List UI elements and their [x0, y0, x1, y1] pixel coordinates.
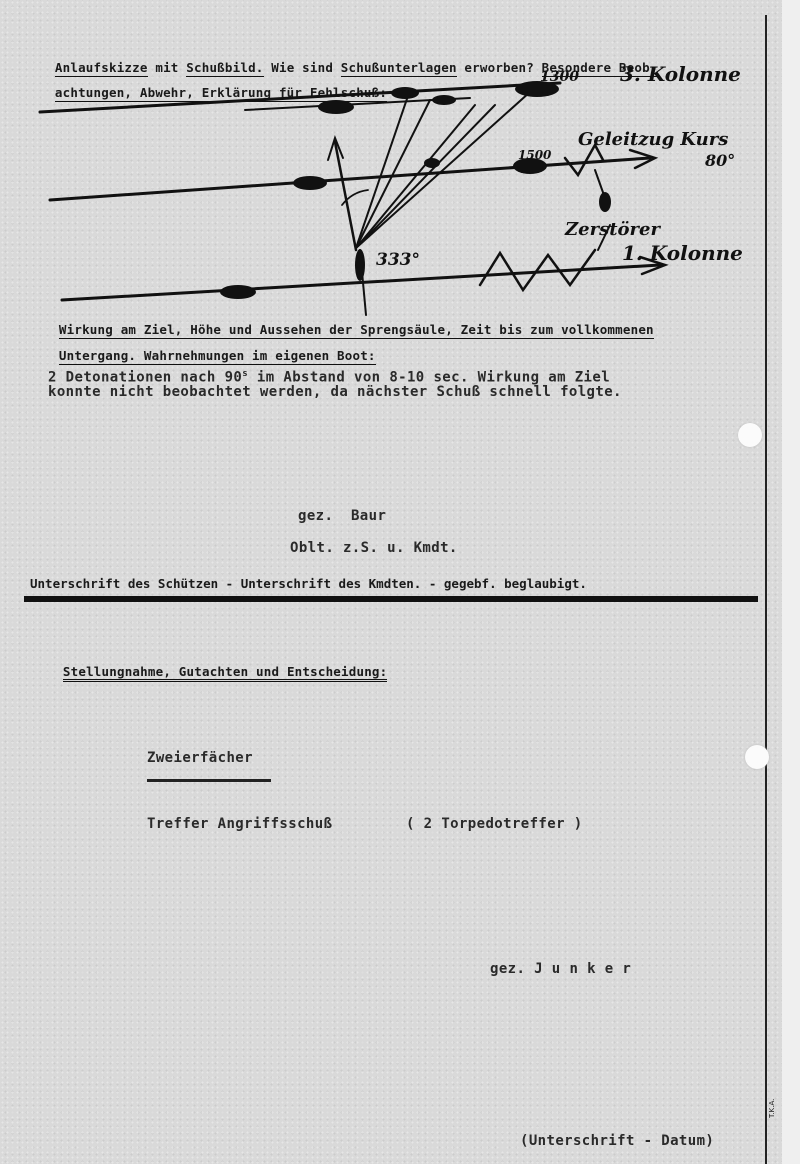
decision-result-detail: ( 2 Torpedotreffer ): [406, 816, 583, 832]
decision-signed: gez. J u n k e r: [490, 961, 631, 977]
column-3-label: 3. Kolonne: [620, 62, 741, 86]
ship-tag-a: 1300: [540, 69, 579, 85]
signature-signed: gez. Baur: [298, 508, 386, 524]
decision-result: Treffer Angriffsschuß: [147, 816, 332, 832]
spread-type-underline: [147, 779, 271, 782]
destroyer-label: Zerstörer: [564, 219, 661, 240]
spread-type: Zweierfächer: [147, 750, 253, 766]
page-edge: [782, 0, 800, 1164]
margin-mark: T.K.A.: [768, 1099, 776, 1118]
section-divider: [24, 596, 758, 602]
boat-heading-label: 333°: [376, 250, 420, 270]
attack-sketch: 1300 1500 3. Kolonne Geleitzug Kurs 80° …: [0, 60, 782, 320]
document-page: Anlaufskizze mit Schußbild. Wie sind Sch…: [0, 0, 782, 1164]
effect-body-line2: konnte nicht beobachtet werden, da nächs…: [48, 384, 622, 400]
decision-header: Stellungnahme, Gutachten und Entscheidun…: [32, 648, 387, 696]
effect-body-line1: 2 Detonationen nach 90s im Abstand von 8…: [48, 366, 610, 386]
decision-header-text: Stellungnahme, Gutachten und Entscheidun…: [63, 664, 387, 682]
column-1-label: 1. Kolonne: [622, 241, 743, 265]
signature-caption: Unterschrift des Schützen - Unterschrift…: [30, 576, 587, 592]
ship-tag-b: 1500: [518, 148, 552, 162]
signature-rank: Oblt. z.S. u. Kmdt.: [290, 540, 458, 556]
footer-caption: (Unterschrift - Datum): [520, 1133, 714, 1149]
punch-hole: [738, 423, 762, 447]
punch-hole: [745, 745, 769, 769]
margin-line: [765, 15, 767, 1164]
effect-header-line2-text: Untergang. Wahrnehmungen im eigenen Boot…: [59, 348, 376, 365]
escort-course-value: 80°: [704, 151, 735, 170]
escort-course-label: Geleitzug Kurs: [578, 129, 728, 150]
